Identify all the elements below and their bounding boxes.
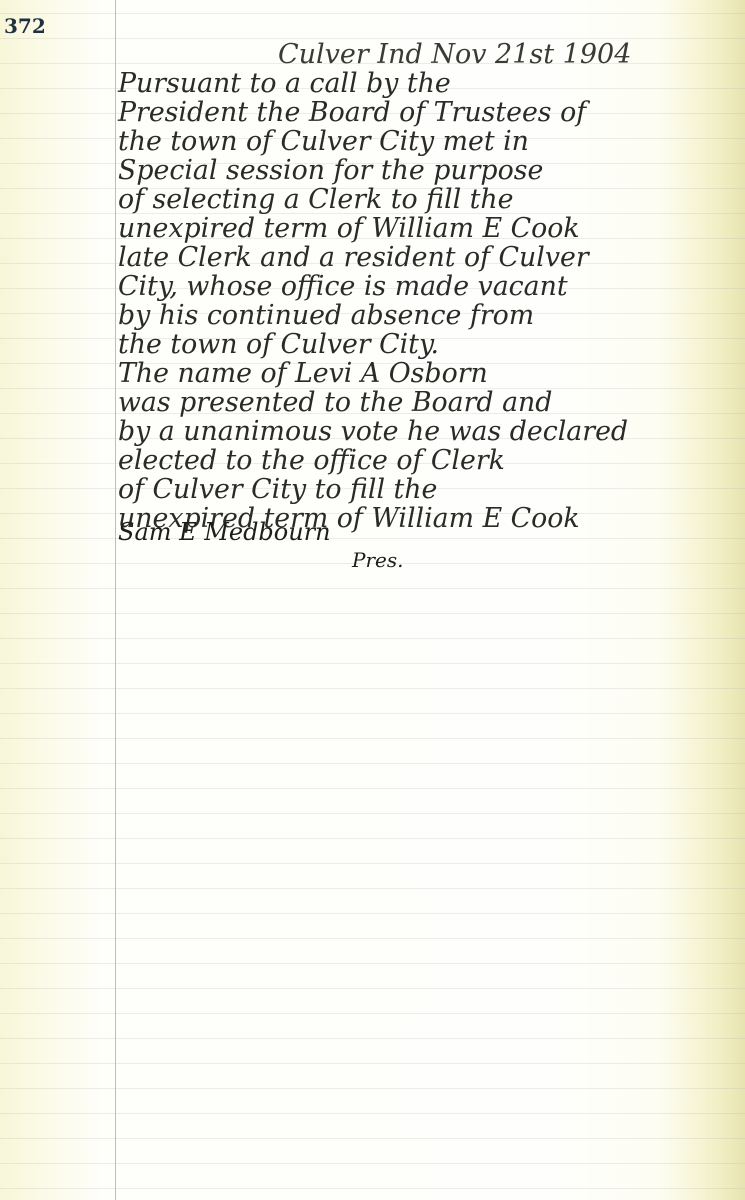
entry-line-2: President the Board of Trustees of (118, 98, 733, 127)
dateline: Culver Ind Nov 21st 1904 (118, 40, 738, 69)
entry-line-12: was presented to the Board and (118, 388, 733, 417)
entry-line-4: Special session for the purpose (118, 156, 733, 185)
page-number: 372 (4, 14, 46, 38)
entry-line-13: by a unanimous vote he was declared (118, 417, 733, 446)
entry-line-6: unexpired term of William E Cook (118, 214, 733, 243)
entry-line-10: the town of Culver City. (118, 330, 733, 359)
entry-line-11: The name of Levi A Osborn (118, 359, 733, 388)
signature-title: Pres. (352, 548, 403, 572)
signature: Sam E Medbourn (118, 518, 331, 546)
minutes-entry: Culver Ind Nov 21st 1904 Pursuant to a c… (118, 40, 738, 533)
entry-line-8: City, whose office is made vacant (118, 272, 733, 301)
entry-line-14: elected to the office of Clerk (118, 446, 733, 475)
entry-line-3: the town of Culver City met in (118, 127, 733, 156)
entry-line-5: of selecting a Clerk to fill the (118, 185, 733, 214)
entry-line-1: Pursuant to a call by the (118, 69, 733, 98)
entry-line-9: by his continued absence from (118, 301, 733, 330)
margin-line (115, 0, 116, 1200)
entry-line-15: of Culver City to fill the (118, 475, 733, 504)
ledger-page: 372 Culver Ind Nov 21st 1904 Pursuant to… (0, 0, 745, 1200)
entry-line-7: late Clerk and a resident of Culver (118, 243, 733, 272)
